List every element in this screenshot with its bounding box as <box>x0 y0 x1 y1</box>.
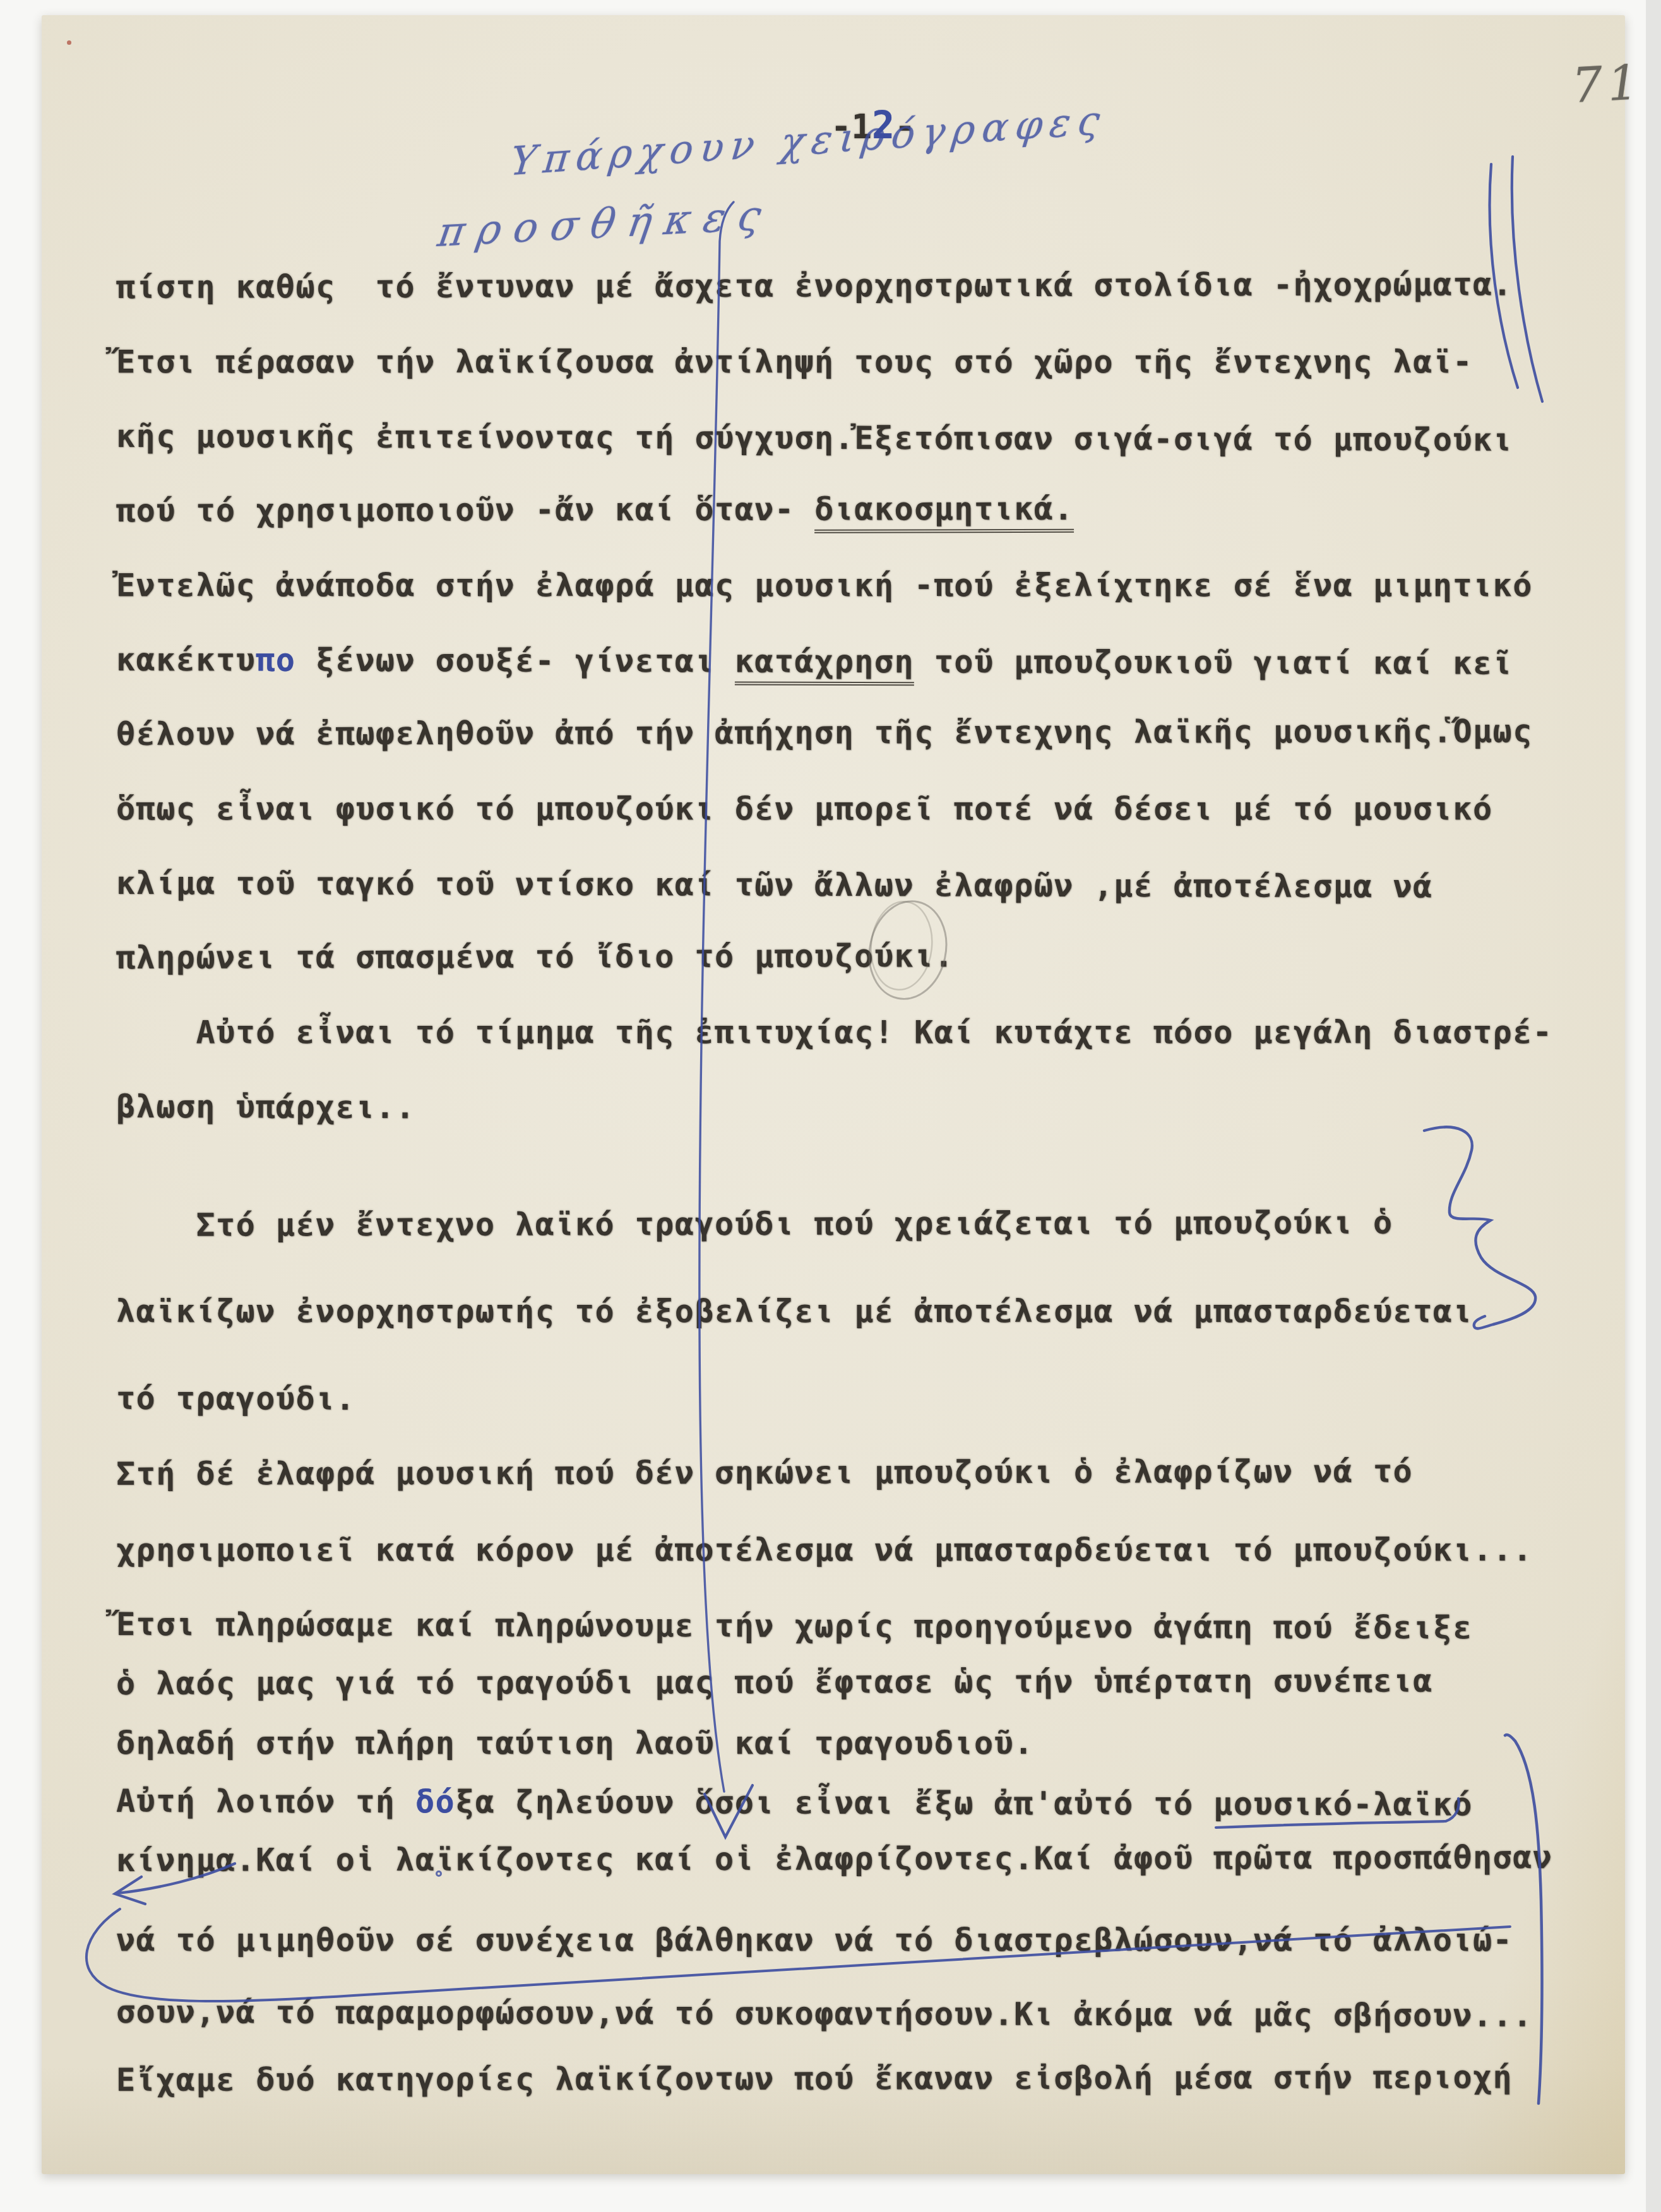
typescript-line: Στή δέ ἐλαφρά μουσική πού δέν σηκώνει μπ… <box>116 1456 1413 1490</box>
typed-text: κλίμα τοῦ ταγκό τοῦ ντίσκο καί τῶν ἄλλων… <box>116 865 1433 905</box>
typescript-line: βλωση ὑπάρχει.. <box>116 1091 415 1123</box>
scanner-edge-strip <box>1646 0 1661 2212</box>
typescript-line: λαϊκίζων ἐνορχηστρωτής τό ἐξοβελίζει μέ … <box>116 1295 1473 1327</box>
typescript-line: Αὐτό εἶναι τό τίμημα τῆς ἐπιτυχίας! Καί … <box>116 1016 1552 1048</box>
typescript-line: χρησιμοποιεῖ κατά κόρον μέ ἀποτέλεσμα νά… <box>116 1534 1533 1566</box>
handwritten-note-line1: Υπάρχουν χειρόγραφες <box>508 97 1109 185</box>
typescript-line: κίνημα.Καί οἱ λαϊκίζοντες καί οἱ ἐλαφρίζ… <box>116 1841 1552 1876</box>
typescript-line: Εἴχαμε δυό κατηγορίες λαϊκίζοντων πού ἔκ… <box>116 2061 1513 2096</box>
typed-text: Εἴχαμε δυό κατηγορίες λαϊκίζοντων πού ἔκ… <box>116 2059 1513 2098</box>
archive-folio-number: 71 <box>1571 54 1645 114</box>
typed-text: σικό-λαϊκό <box>1273 1786 1473 1823</box>
typed-text: πού τό χρησιμοποιοῦν -ἄν καί ὅταν- <box>116 491 814 529</box>
typescript-line: θέλουν νά ἐπωφεληθοῦν ἀπό τήν ἀπήχηση τῆ… <box>116 715 1533 750</box>
typed-text: κακέκτυ <box>116 641 256 679</box>
typed-text: Ἔτσι πέρασαν τήν λαϊκίζουσα ἀντίληψή του… <box>116 343 1473 380</box>
typed-text: πίστη καθώς τό ἔντυναν μέ ἄσχετα ἐνορχησ… <box>116 266 1513 306</box>
typed-text: Στή δέ ἐλαφρά μουσική πού δέν σηκώνει μπ… <box>116 1453 1413 1492</box>
typed-text: πληρώνει τά σπασμένα τό ἴδιο τό μπουζούκ… <box>116 937 954 976</box>
typed-text: σουν,νά τό παραμορφώσουν,νά τό συκοφαντή… <box>116 1994 1533 2034</box>
red-speck-icon <box>67 40 71 45</box>
typescript-line: σουν,νά τό παραμορφώσουν,νά τό συκοφαντή… <box>116 1996 1533 2031</box>
typed-text: νά τό μιμηθοῦν σέ συνέχεια βάλθηκαν νά τ… <box>116 1922 1513 1958</box>
typescript-line: δηλαδή στήν πλήρη ταύτιση λαοῦ καί τραγο… <box>116 1727 1034 1759</box>
typed-underlined-text: διακοσμητικά. <box>814 491 1074 533</box>
typescript-line: Ἐντελῶς ἀνάποδα στήν ἐλαφρά μας μουσική … <box>116 569 1533 601</box>
typescript-line: κῆς μουσικῆς ἐπιτείνοντας τή σύγχυση.Ἐξε… <box>116 420 1513 456</box>
typescript-line: τό τραγούδι. <box>116 1382 355 1415</box>
typescript-line: πληρώνει τά σπασμένα τό ἴδιο τό μπουζούκ… <box>116 940 954 973</box>
typescript-line: ὅπως εἶναι φυσικό τό μπουζούκι δέν μπορε… <box>116 793 1493 824</box>
typed-text: βλωση ὑπάρχει.. <box>116 1088 415 1126</box>
typed-text: κῆς μουσικῆς ἐπιτείνοντας τή σύγχυση.Ἐξε… <box>116 418 1513 458</box>
typed-text: ὁ λαός μας γιά τό τραγούδι μας πού ἔφτασ… <box>116 1663 1433 1702</box>
typed-text: τό τραγούδι. <box>116 1380 355 1417</box>
scanned-page: -12- 71 Υπάρχουν χειρόγραφες προσθῆκες π… <box>0 0 1661 2212</box>
typescript-line: κλίμα τοῦ ταγκό τοῦ ντίσκο καί τῶν ἄλλων… <box>116 867 1433 902</box>
typed-text: Ἐντελῶς ἀνάποδα στήν ἐλαφρά μας μουσική … <box>116 567 1533 604</box>
typescript-line: Ἔτσι πέρασαν τήν λαϊκίζουσα ἀντίληψή του… <box>116 346 1473 378</box>
typed-text: λαϊκίζων ἐνορχηστρωτής τό ἐξοβελίζει μέ … <box>116 1293 1473 1329</box>
typed-text: ξένων σουξέ- γίνεται <box>295 642 734 680</box>
typed-text: ὅπως εἶναι φυσικό τό μπουζούκι δέν μπορε… <box>116 790 1493 827</box>
paper-sheet: -12- 71 Υπάρχουν χειρόγραφες προσθῆκες π… <box>42 15 1625 2174</box>
blue-ink-correction: πο <box>256 642 295 679</box>
typed-text: Ἔτσι πληρώσαμε καί πληρώνουμε τήν χωρίς … <box>116 1606 1473 1646</box>
typed-text: ξα ζηλεύουν ὅσοι εἶναι ἔξω ἀπ'αὐτό τό μο… <box>455 1783 1273 1822</box>
typed-text: θέλουν νά ἐπωφεληθοῦν ἀπό τήν ἀπήχηση τῆ… <box>116 713 1533 752</box>
blue-ink-correction: δό <box>415 1783 455 1820</box>
typed-text: δηλαδή στήν πλήρη ταύτιση λαοῦ καί τραγο… <box>116 1725 1034 1761</box>
typed-text: Αὐτή λοιπόν τή <box>116 1783 415 1820</box>
typed-text: χρησιμοποιεῖ κατά κόρον μέ ἀποτέλεσμα νά… <box>116 1531 1533 1568</box>
handwritten-note-line2: προσθῆκες <box>434 192 777 257</box>
typescript-line: Ἔτσι πληρώσαμε καί πληρώνουμε τήν χωρίς … <box>116 1608 1473 1644</box>
typed-text: Στό μέν ἔντεχνο λαϊκό τραγούδι πού χρειά… <box>116 1204 1393 1244</box>
typed-text: Αὐτό εἶναι τό τίμημα τῆς ἐπιτυχίας! Καί … <box>116 1014 1552 1050</box>
typescript-line: Στό μέν ἔντεχνο λαϊκό τραγούδι πού χρειά… <box>116 1207 1393 1241</box>
typed-underlined-text: κατάχρηση <box>735 643 915 686</box>
typed-text: κίνημα.Καί οἱ λαϊκίζοντες καί οἱ ἐλαφρίζ… <box>116 1839 1553 1879</box>
typescript-line: νά τό μιμηθοῦν σέ συνέχεια βάλθηκαν νά τ… <box>116 1924 1513 1956</box>
typescript-line: ὁ λαός μας γιά τό τραγούδι μας πού ἔφτασ… <box>116 1665 1433 1699</box>
typescript-line: κακέκτυπο ξένων σουξέ- γίνεται κατάχρηση… <box>116 644 1513 679</box>
typescript-line: πού τό χρησιμοποιοῦν -ἄν καί ὅταν- διακο… <box>116 493 1074 526</box>
typed-text: τοῦ μπουζουκιοῦ γιατί καί κεῖ <box>914 643 1513 681</box>
right-margin-line-icon <box>1505 1735 1542 2103</box>
typescript-line: Αὐτή λοιπόν τή δόξα ζηλεύουν ὅσοι εἶναι … <box>116 1785 1473 1821</box>
typescript-line: πίστη καθώς τό ἔντυναν μέ ἄσχετα ἐνορχησ… <box>116 268 1513 303</box>
